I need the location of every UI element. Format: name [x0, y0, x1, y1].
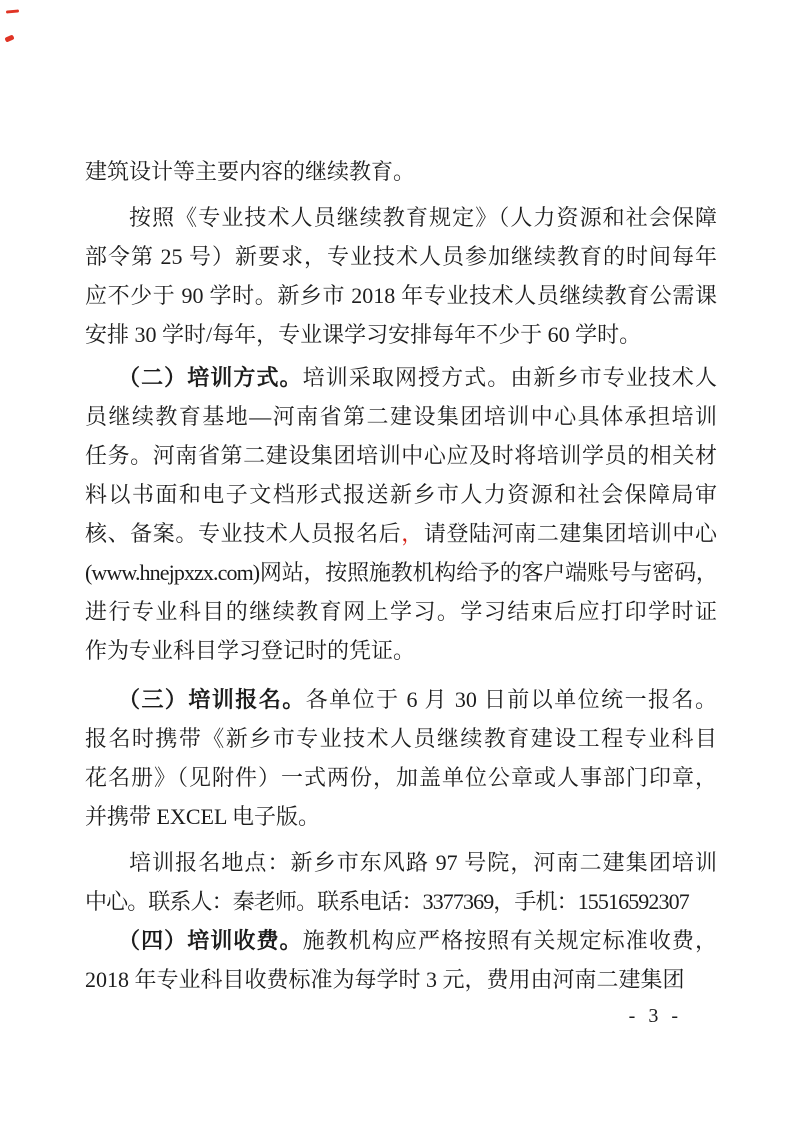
red-pen-mark — [4, 34, 14, 42]
para-location-contact: 培训报名地点：新乡市东风路 97 号院，河南二建集团培训中心。联系人：秦老师。联… — [85, 843, 717, 921]
text-segment: (www.hnejpxzx.com)网站，按照施教机构给予的客户端账号与密码， — [85, 560, 717, 585]
para-training-method: （二）培训方式。培训采取网授方式。由新乡市专业技术人员继续教育基地—河南省第二建… — [85, 358, 717, 670]
text-line: 料以书面和电子文档形式报送新乡市人力资源和社会保障局审 — [85, 475, 717, 514]
para-continuation: 建筑设计等主要内容的继续教育。 — [85, 152, 717, 191]
text-segment: 2018 年专业科目收费标准为每学时 3 元，费用由河南二建集团 — [85, 967, 685, 992]
text-line: （二）培训方式。培训采取网授方式。由新乡市专业技术人 — [85, 358, 717, 397]
document-body: 建筑设计等主要内容的继续教育。按照《专业技术人员继续教育规定》（人力资源和社会保… — [85, 152, 717, 999]
text-line: 应不少于 90 学时。新乡市 2018 年专业技术人员继续教育公需课 — [85, 276, 717, 315]
text-line: 并携带 EXCEL 电子版。 — [85, 797, 717, 836]
text-line: 员继续教育基地—河南省第二建设集团培训中心具体承担培训 — [85, 397, 717, 436]
text-line: 作为专业科目学习登记时的凭证。 — [85, 631, 717, 670]
text-segment: 培训报名地点：新乡市东风路 97 号院，河南二建集团培训 — [129, 850, 717, 875]
text-segment: 中心。联系人：秦老师。联系电话：3377369，手机：15516592307 — [85, 889, 689, 914]
text-line: 任务。河南省第二建设集团培训中心应及时将培训学员的相关材 — [85, 436, 717, 475]
text-segment: 进行专业科目的继续教育网上学习。学习结束后应打印学时证明， — [85, 599, 717, 631]
text-segment: 花名册》（见附件）一式两份，加盖单位公章或人事部门印章， — [85, 765, 717, 790]
page-number: - 3 - — [629, 1005, 682, 1028]
text-line: 核、备案。专业技术人员报名后，请登陆河南二建集团培训中心 — [85, 514, 717, 553]
text-line: 进行专业科目的继续教育网上学习。学习结束后应打印学时证明， — [85, 592, 717, 631]
para-registration: （三）培训报名。各单位于 6 月 30 日前以单位统一报名。报名时携带《新乡市专… — [85, 680, 717, 836]
text-segment: 任务。河南省第二建设集团培训中心应及时将培训学员的相关材 — [85, 443, 717, 468]
red-comma: ， — [401, 521, 424, 546]
text-segment: 安排 30 学时/每年，专业课学习安排每年不少于 60 学时。 — [85, 322, 641, 347]
para-fees: （四）培训收费。施教机构应严格按照有关规定标准收费，2018 年专业科目收费标准… — [85, 921, 717, 999]
text-line: 2018 年专业科目收费标准为每学时 3 元，费用由河南二建集团 — [85, 960, 717, 999]
text-line: （四）培训收费。施教机构应严格按照有关规定标准收费， — [85, 921, 717, 960]
text-segment: 部令第 25 号）新要求，专业技术人员参加继续教育的时间每年 — [85, 244, 717, 269]
text-line: 按照《专业技术人员继续教育规定》（人力资源和社会保障 — [85, 198, 717, 237]
para-regulation: 按照《专业技术人员继续教育规定》（人力资源和社会保障部令第 25 号）新要求，专… — [85, 198, 717, 354]
text-segment: 各单位于 6 月 30 日前以单位统一报名。 — [306, 687, 717, 712]
text-segment: 核、备案。专业技术人员报名后 — [85, 521, 401, 546]
text-segment: 请登陆河南二建集团培训中心 — [424, 521, 717, 546]
text-segment: 按照《专业技术人员继续教育规定》（人力资源和社会保障 — [129, 205, 717, 230]
text-line: 部令第 25 号）新要求，专业技术人员参加继续教育的时间每年 — [85, 237, 717, 276]
text-segment: 施教机构应严格按照有关规定标准收费， — [303, 928, 717, 953]
text-segment: 料以书面和电子文档形式报送新乡市人力资源和社会保障局审 — [85, 482, 717, 507]
section-heading-text: （四）培训收费。 — [118, 928, 303, 953]
text-line: 花名册》（见附件）一式两份，加盖单位公章或人事部门印章， — [85, 758, 717, 797]
text-segment: 建筑设计等主要内容的继续教育。 — [85, 159, 415, 184]
red-pen-mark — [6, 9, 19, 13]
text-segment: 报名时携带《新乡市专业技术人员继续教育建设工程专业科目 — [85, 726, 717, 751]
text-line: 中心。联系人：秦老师。联系电话：3377369，手机：15516592307 — [85, 882, 717, 921]
text-segment: 员继续教育基地—河南省第二建设集团培训中心具体承担培训 — [85, 404, 717, 429]
text-line: 安排 30 学时/每年，专业课学习安排每年不少于 60 学时。 — [85, 315, 717, 354]
section-heading-text: （三）培训报名。 — [118, 687, 306, 712]
text-line: (www.hnejpxzx.com)网站，按照施教机构给予的客户端账号与密码， — [85, 553, 717, 592]
text-line: 培训报名地点：新乡市东风路 97 号院，河南二建集团培训 — [85, 843, 717, 882]
text-line: 建筑设计等主要内容的继续教育。 — [85, 152, 717, 191]
text-segment: 应不少于 90 学时。新乡市 2018 年专业技术人员继续教育公需课 — [85, 283, 717, 308]
text-segment: 并携带 EXCEL 电子版。 — [85, 804, 320, 829]
document-page: 建筑设计等主要内容的继续教育。按照《专业技术人员继续教育规定》（人力资源和社会保… — [0, 0, 800, 1131]
text-segment: 作为专业科目学习登记时的凭证。 — [85, 638, 415, 663]
text-line: 报名时携带《新乡市专业技术人员继续教育建设工程专业科目 — [85, 719, 717, 758]
text-segment: 培训采取网授方式。由新乡市专业技术人 — [303, 365, 717, 390]
text-line: （三）培训报名。各单位于 6 月 30 日前以单位统一报名。 — [85, 680, 717, 719]
section-heading-text: （二）培训方式。 — [118, 365, 303, 390]
